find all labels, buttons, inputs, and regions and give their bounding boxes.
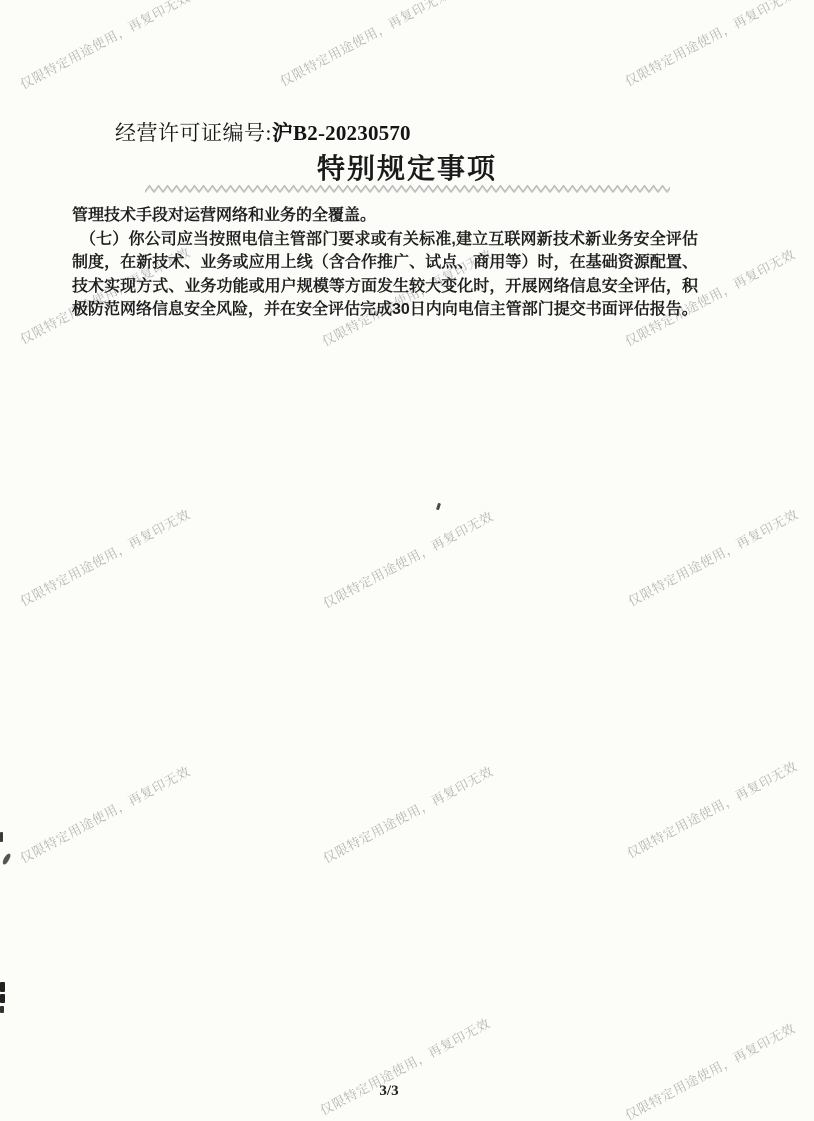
license-label: 经营许可证编号: [115,121,272,145]
watermark-text: 仅限特定用途使用，再复印无效 [621,1018,798,1121]
watermark-text: 仅限特定用途使用，再复印无效 [16,504,193,610]
watermark-text: 仅限特定用途使用，再复印无效 [316,1013,493,1119]
watermark-text: 仅限特定用途使用，再复印无效 [623,756,800,862]
paragraph-clause-7: （七）你公司应当按照电信主管部门要求或有关标准,建立互联网新技术新业务安全评估制… [72,228,698,322]
scan-artifact [0,832,3,842]
watermark-text: 仅限特定用途使用，再复印无效 [16,0,193,93]
scan-artifact [436,503,441,511]
scanned-document-page: 仅限特定用途使用，再复印无效 仅限特定用途使用，再复印无效 仅限特定用途使用，再… [0,0,814,1121]
watermark-text: 仅限特定用途使用，再复印无效 [276,0,453,90]
scan-artifact [0,1006,4,1013]
watermark-text: 仅限特定用途使用，再复印无效 [621,0,798,90]
scan-artifact [1,853,11,866]
watermark-text: 仅限特定用途使用，再复印无效 [319,506,496,612]
license-number: 沪B2-20230570 [272,121,411,145]
page-title: 特别规定事项 [0,147,814,187]
license-header: 经营许可证编号:沪B2-20230570 [115,117,411,147]
paragraph-overflow: 管理技术手段对运营网络和业务的全覆盖。 [72,204,698,228]
watermark-text: 仅限特定用途使用，再复印无效 [624,504,801,610]
page-number: 3/3 [339,1083,439,1100]
document-body: 管理技术手段对运营网络和业务的全覆盖。 （七）你公司应当按照电信主管部门要求或有… [72,204,698,322]
title-divider-zigzag [145,184,670,194]
watermark-text: 仅限特定用途使用，再复印无效 [319,761,496,867]
scan-artifact [0,994,5,1003]
scan-artifact [0,982,5,992]
watermark-text: 仅限特定用途使用，再复印无效 [16,761,193,867]
scan-artifact [308,264,310,268]
